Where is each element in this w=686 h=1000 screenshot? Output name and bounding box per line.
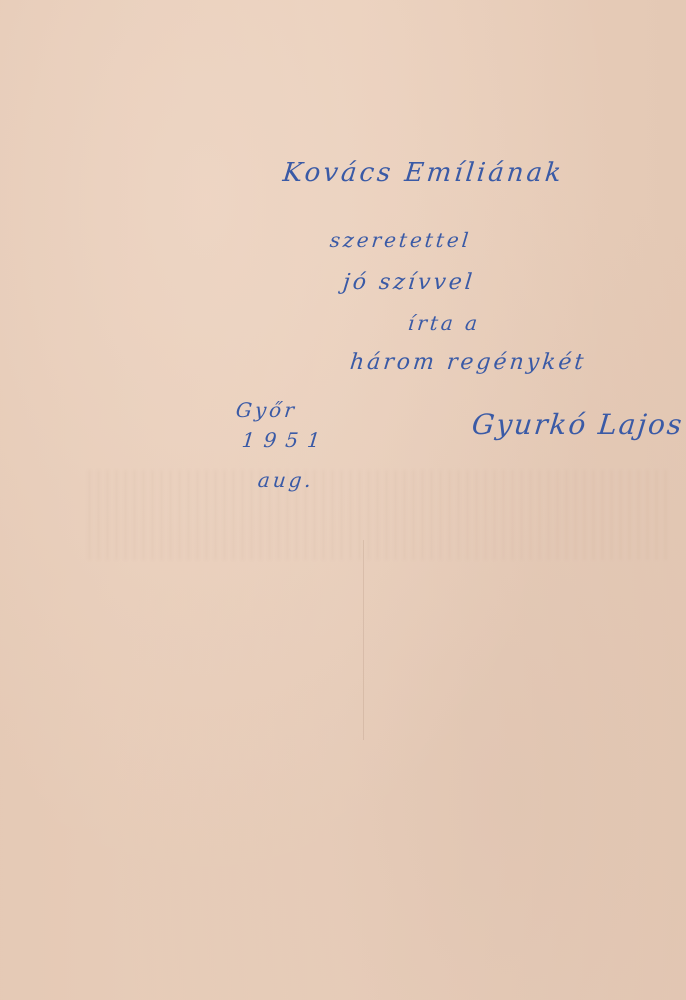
inscription-month: aug. <box>257 468 315 492</box>
dedication-line: Kovács Emíliának <box>281 158 565 188</box>
inscription-line-3: írta a <box>407 311 482 335</box>
inscription-line-1: szeretettel <box>329 228 473 252</box>
author-signature: Gyurkó Lajos <box>470 408 685 441</box>
inscription-line-2: jó szívvel <box>342 270 477 295</box>
inscription-line-4: három regénykét <box>349 350 588 375</box>
paper-page: Kovács Emíliának szeretettel jó szívvel … <box>0 0 686 1000</box>
inscription-year: 1951 <box>241 428 330 452</box>
paper-crease <box>363 540 364 740</box>
inscription-place: Győr <box>235 398 298 422</box>
reverse-print-showthrough <box>88 470 668 560</box>
